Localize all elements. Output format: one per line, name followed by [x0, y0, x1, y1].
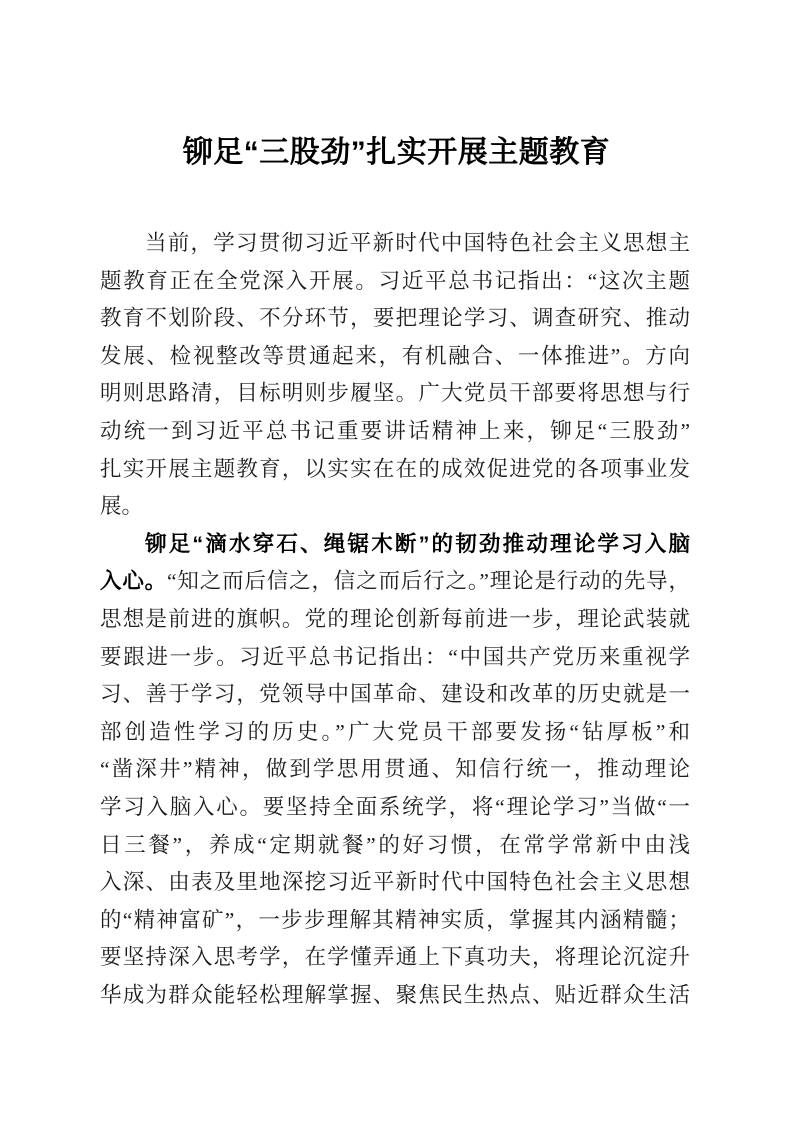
text-segment: 部创造性学习的历史。”广大党员干部要发扬“钻厚板”和 [100, 720, 690, 744]
text-segment: 学习入脑入心。要坚持全面系统学，将“理论学习”当做“一 [100, 795, 690, 819]
text-segment: 习、善于学习，党领导中国革命、建设和改革的历史就是一 [100, 682, 690, 706]
text-segment: 动统一到习近平总书记重要讲话精神上来，铆足“三股劲” [100, 419, 690, 443]
text-line: 动统一到习近平总书记重要讲话精神上来，铆足“三股劲” [100, 413, 690, 451]
text-segment: 当前，学习贯彻习近平新时代中国特色社会主义思想主 [145, 231, 690, 255]
text-segment: “知之而后信之，信之而后行之。”理论是行动的先导， [167, 569, 690, 593]
text-line: 展。 [100, 488, 690, 526]
text-line: 部创造性学习的历史。”广大党员干部要发扬“钻厚板”和 [100, 714, 690, 752]
text-line: “凿深井”精神，做到学思用贯通、知信行统一，推动理论 [100, 751, 690, 789]
text-segment: 入深、由表及里地深挖习近平新时代中国特色社会主义思想 [100, 870, 690, 894]
text-segment: 要坚持深入思考学，在学懂弄通上下真功夫，将理论沉淀升 [100, 945, 690, 969]
paragraph-1: 当前，学习贯彻习近平新时代中国特色社会主义思想主题教育正在全党深入开展。习近平总… [100, 225, 690, 526]
text-line: 当前，学习贯彻习近平新时代中国特色社会主义思想主 [100, 225, 690, 263]
text-segment: 明则思路清，目标明则步履坚。广大党员干部要将思想与行 [100, 381, 690, 405]
text-segment: 华成为群众能轻松理解掌握、聚焦民生热点、贴近群众生活 [100, 983, 690, 1007]
bold-text-segment: 入心。 [100, 569, 167, 593]
text-line: 学习入脑入心。要坚持全面系统学，将“理论学习”当做“一 [100, 789, 690, 827]
text-line: 的“精神富矿”，一步步理解其精神实质，掌握其内涵精髓； [100, 902, 690, 940]
text-line: 思想是前进的旗帜。党的理论创新每前进一步，理论武装就 [100, 601, 690, 639]
text-line: 华成为群众能轻松理解掌握、聚焦民生热点、贴近群众生活 [100, 977, 690, 1015]
text-line: 要跟进一步。习近平总书记指出：“中国共产党历来重视学 [100, 639, 690, 677]
text-line: 发展、检视整改等贯通起来，有机融合、一体推进”。方向 [100, 338, 690, 376]
document-page: 铆足“三股劲”扎实开展主题教育 当前，学习贯彻习近平新时代中国特色社会主义思想主… [0, 0, 793, 1122]
text-segment: 发展、检视整改等贯通起来，有机融合、一体推进”。方向 [100, 344, 690, 368]
text-line: 教育不划阶段、不分环节，要把理论学习、调查研究、推动 [100, 300, 690, 338]
text-segment: 思想是前进的旗帜。党的理论创新每前进一步，理论武装就 [100, 607, 690, 631]
text-segment: 日三餐”，养成“定期就餐”的好习惯，在常学常新中由浅 [100, 833, 690, 857]
text-line: 入深、由表及里地深挖习近平新时代中国特色社会主义思想 [100, 864, 690, 902]
text-segment: 题教育正在全党深入开展。习近平总书记指出：“这次主题 [100, 269, 690, 293]
text-segment: 的“精神富矿”，一步步理解其精神实质，掌握其内涵精髓； [100, 908, 690, 932]
text-segment: 扎实开展主题教育，以实实在在的成效促进党的各项事业发 [100, 457, 690, 481]
text-line: 铆足“滴水穿石、绳锯木断”的韧劲推动理论学习入脑 [100, 526, 690, 564]
paragraph-2: 铆足“滴水穿石、绳锯木断”的韧劲推动理论学习入脑入心。“知之而后信之，信之而后行… [100, 526, 690, 1015]
text-segment: “凿深井”精神，做到学思用贯通、知信行统一，推动理论 [100, 757, 690, 781]
document-body: 当前，学习贯彻习近平新时代中国特色社会主义思想主题教育正在全党深入开展。习近平总… [100, 225, 690, 1014]
text-line: 入心。“知之而后信之，信之而后行之。”理论是行动的先导， [100, 563, 690, 601]
text-segment: 展。 [100, 494, 143, 518]
text-line: 题教育正在全党深入开展。习近平总书记指出：“这次主题 [100, 263, 690, 301]
document-title: 铆足“三股劲”扎实开展主题教育 [0, 0, 793, 172]
text-line: 日三餐”，养成“定期就餐”的好习惯，在常学常新中由浅 [100, 827, 690, 865]
text-line: 要坚持深入思考学，在学懂弄通上下真功夫，将理论沉淀升 [100, 939, 690, 977]
text-segment: 教育不划阶段、不分环节，要把理论学习、调查研究、推动 [100, 306, 690, 330]
bold-text-segment: 铆足“滴水穿石、绳锯木断”的韧劲推动理论学习入脑 [145, 532, 690, 556]
text-line: 习、善于学习，党领导中国革命、建设和改革的历史就是一 [100, 676, 690, 714]
text-segment: 要跟进一步。习近平总书记指出：“中国共产党历来重视学 [100, 645, 690, 669]
text-line: 明则思路清，目标明则步履坚。广大党员干部要将思想与行 [100, 375, 690, 413]
text-line: 扎实开展主题教育，以实实在在的成效促进党的各项事业发 [100, 451, 690, 489]
